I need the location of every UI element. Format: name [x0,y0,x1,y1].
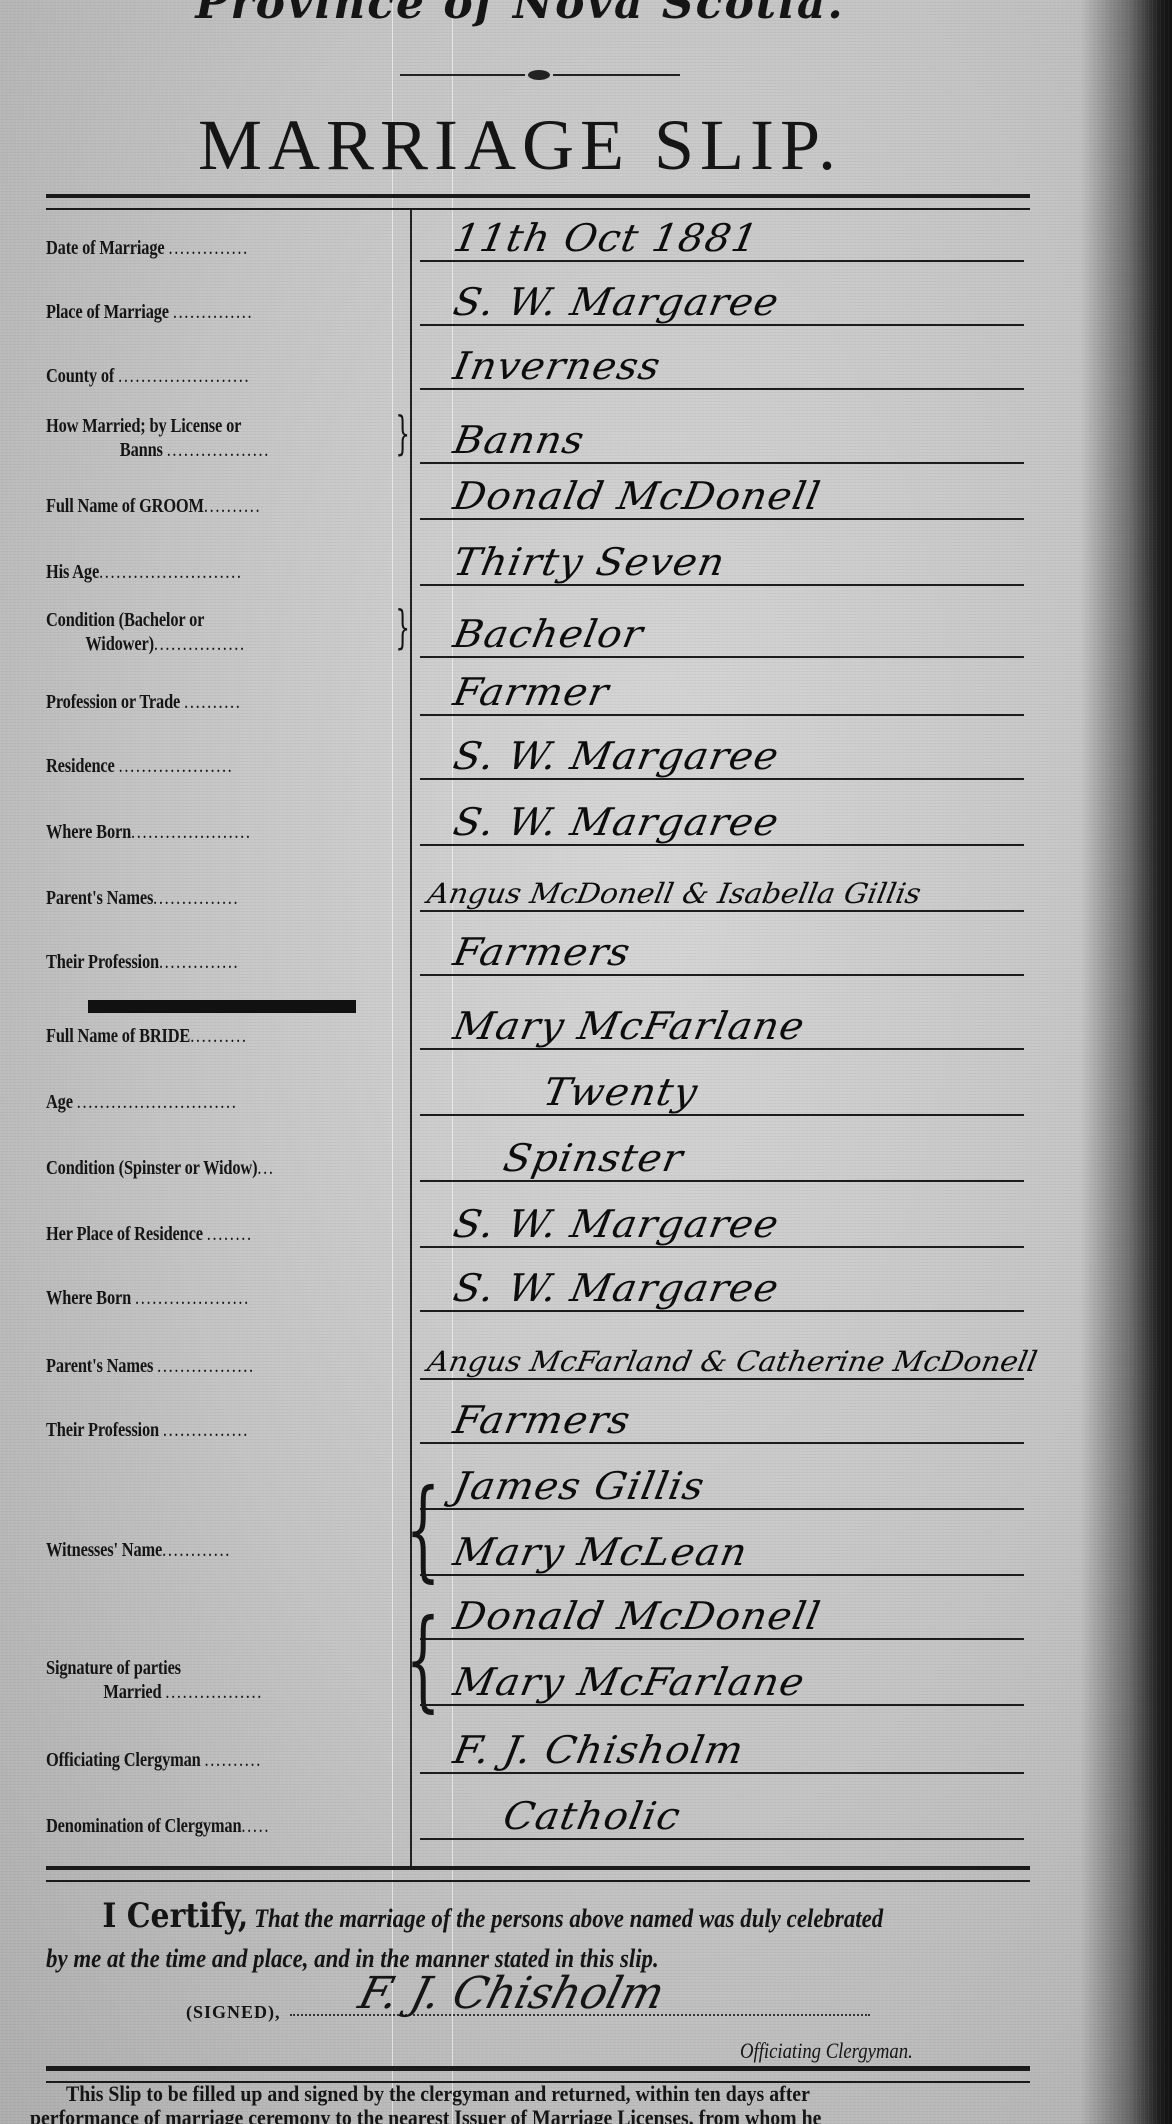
field-bride-name: Full Name of BRIDE.......... Mary McFarl… [0,1010,1040,1050]
ornament-divider [400,70,680,80]
title-rule [46,194,1030,210]
witness-2-line: Witnesses' Name............ { Mary McLea… [0,1536,1040,1576]
field-groom-condition: Condition (Bachelor orWidower)..........… [0,600,1040,658]
field-profession: Profession or Trade .......... Farmer [0,676,1040,716]
field-denomination: Denomination of Clergyman..... Catholic [0,1800,1040,1840]
field-groom-age: His Age......................... Thirty … [0,546,1040,586]
field-bride-where-born: Where Born .................... S. W. Ma… [0,1272,1040,1312]
page-title: MARRIAGE SLIP. [0,104,1040,187]
marriage-slip-document: Province of Nova Scotia. MARRIAGE SLIP. … [0,0,1172,2124]
province-heading: Province of Nova Scotia. [0,0,1040,29]
field-groom-residence: Residence .................... S. W. Mar… [0,740,1040,780]
field-groom-where-born: Where Born..................... S. W. Ma… [0,806,1040,846]
field-groom-parents-profession: Their Profession.............. Farmers [0,936,1040,976]
field-groom-parents: Parent's Names............... Angus McDo… [0,872,1040,912]
field-how-married: How Married; by License orBanns ........… [0,408,1040,464]
clergyman-signature: F. J. Chisholm [354,1968,670,2019]
date-of-marriage-value: 11th Oct 1881 [450,216,762,260]
clergyman-role-label: Officiating Clergyman. [740,2038,913,2064]
signature-bride-line: Signature of partiesMarried ............… [0,1666,1040,1706]
signature-groom-line: Donald McDonell [0,1600,1040,1640]
footer-instructions: This Slip to be filled up and signed by … [30,2082,939,2124]
certification-text: I Certify, That the marriage of the pers… [46,1896,908,1979]
field-bride-age: Age ............................ Twenty [0,1076,1040,1116]
field-county: County of ....................... Invern… [0,350,1040,390]
field-bride-residence: Her Place of Residence ........ S. W. Ma… [0,1208,1040,1248]
field-groom-name: Full Name of GROOM.......... Donald McDo… [0,480,1040,520]
field-date-of-marriage: Date of Marriage .............. 11th Oct… [0,222,1040,262]
field-place-of-marriage: Place of Marriage .............. S. W. M… [0,286,1040,326]
field-officiating-clergyman: Officiating Clergyman .......... F. J. C… [0,1734,1040,1774]
signed-label: (SIGNED), [186,2002,281,2023]
field-bride-parents-profession: Their Profession ............... Farmers [0,1404,1040,1444]
witness-1-line: James Gillis [0,1470,1040,1510]
field-bride-parents: Parent's Names ................. Angus M… [0,1340,1040,1380]
certify-rule [46,1866,1030,1882]
field-bride-condition: Condition (Spinster or Widow)... Spinste… [0,1142,1040,1182]
